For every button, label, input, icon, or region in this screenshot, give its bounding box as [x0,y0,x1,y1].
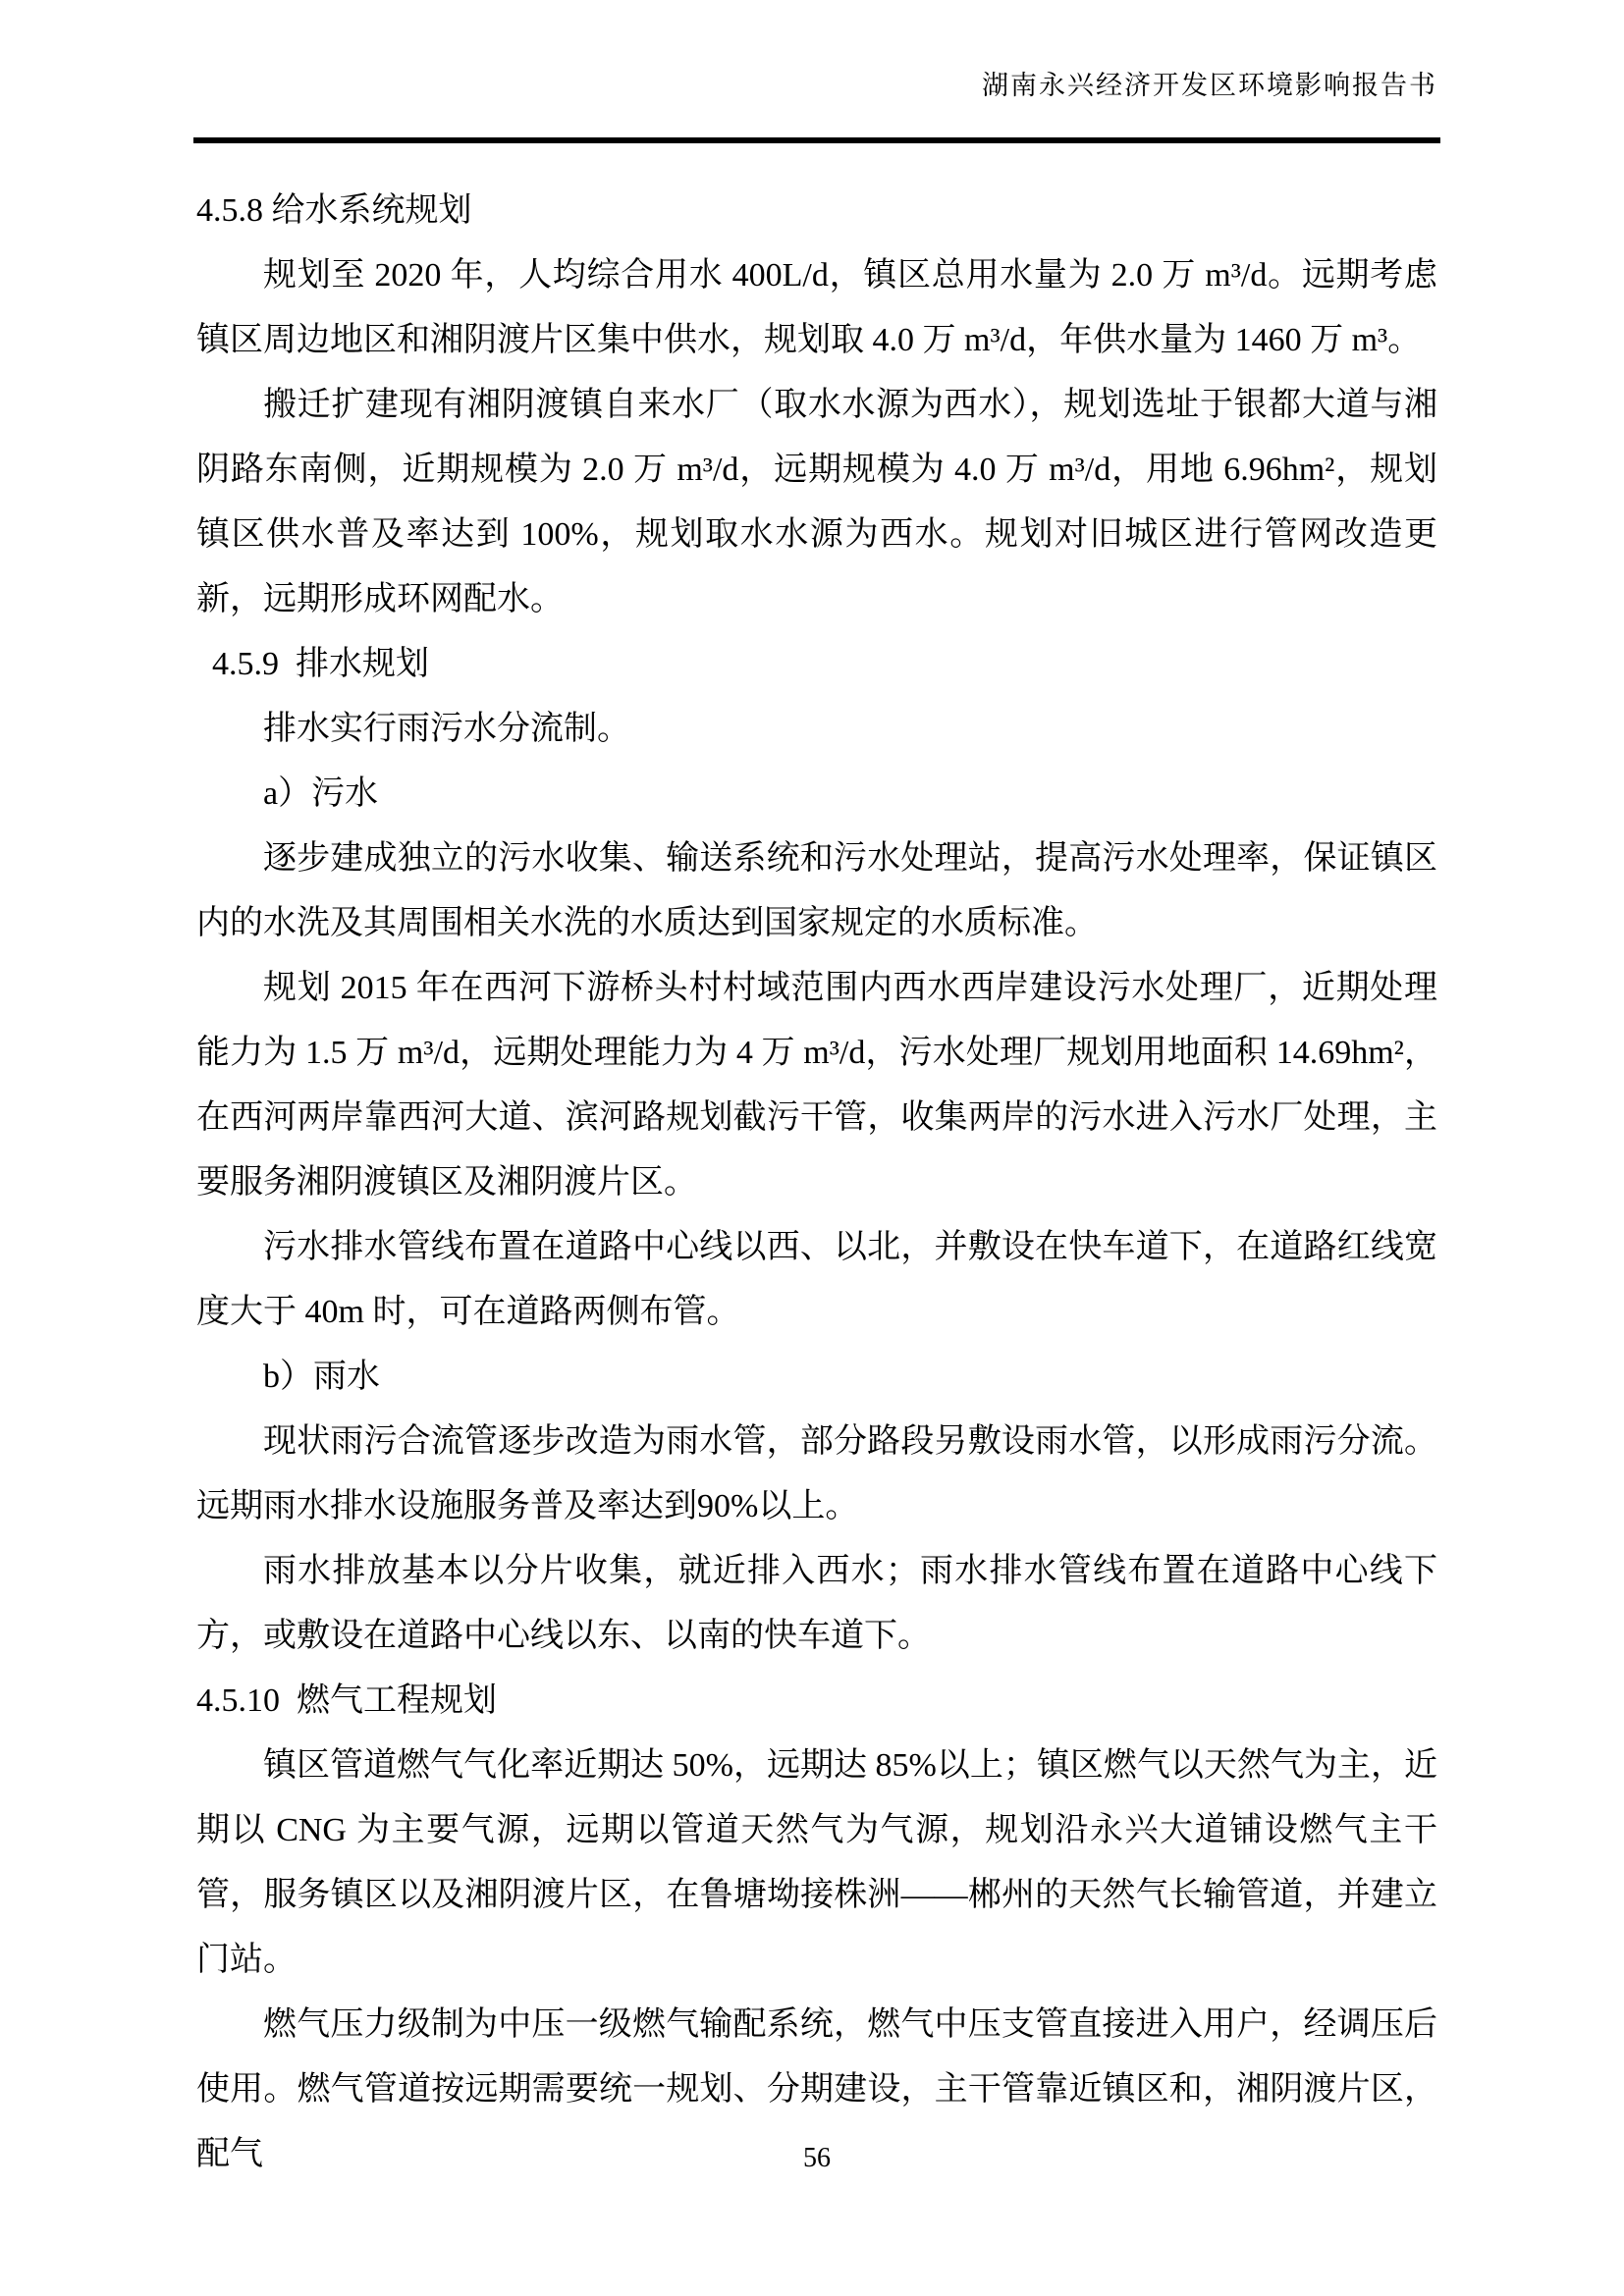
subheading-rainwater: b）雨水 [196,1345,1437,1410]
subheading-sewage: a）污水 [196,762,1437,827]
paragraph-rainwater-separation: 现状雨污合流管逐步改造为雨水管，部分路段另敷设雨水管，以形成雨污分流。远期雨水排… [196,1410,1437,1539]
paragraph-gas-supply: 镇区管道燃气气化率近期达 50%，远期达 85%以上；镇区燃气以天然气为主，近期… [196,1734,1437,1993]
document-body: 4.5.8 给水系统规划 规划至 2020 年，人均综合用水 400L/d，镇区… [196,179,1437,2187]
section-heading-4-5-8: 4.5.8 给水系统规划 [196,179,1437,243]
page-number: 56 [803,2143,831,2173]
section-heading-4-5-9: 4.5.9 排水规划 [212,632,1437,697]
page-footer: 56 [196,2142,1437,2175]
paragraph-sewage-pipeline: 污水排水管线布置在道路中心线以西、以北，并敷设在快车道下，在道路红线宽度大于 4… [196,1215,1437,1345]
document-page: 湖南永兴经济开发区环境影响报告书 4.5.8 给水系统规划 规划至 2020 年… [0,0,1624,2296]
paragraph-rainwater-discharge: 雨水排放基本以分片收集，就近排入西水；雨水排水管线布置在道路中心线下方，或敷设在… [196,1539,1437,1669]
paragraph-sewage-plant: 规划 2015 年在西河下游桥头村村域范围内西水西岸建设污水处理厂，近期处理能力… [196,956,1437,1215]
paragraph-drainage-system: 排水实行雨污水分流制。 [196,697,1437,762]
header-doc-title: 湖南永兴经济开发区环境影响报告书 [196,69,1437,102]
paragraph-water-supply-demand: 规划至 2020 年，人均综合用水 400L/d，镇区总用水量为 2.0 万 m… [196,243,1437,373]
paragraph-sewage-collection: 逐步建成独立的污水收集、输送系统和污水处理站，提高污水处理率，保证镇区内的水洗及… [196,827,1437,956]
header-rule [193,137,1440,143]
section-heading-4-5-10: 4.5.10 燃气工程规划 [196,1669,1437,1734]
paragraph-waterworks-relocation: 搬迁扩建现有湘阴渡镇自来水厂（取水水源为西水），规划选址于银都大道与湘阴路东南侧… [196,373,1437,632]
